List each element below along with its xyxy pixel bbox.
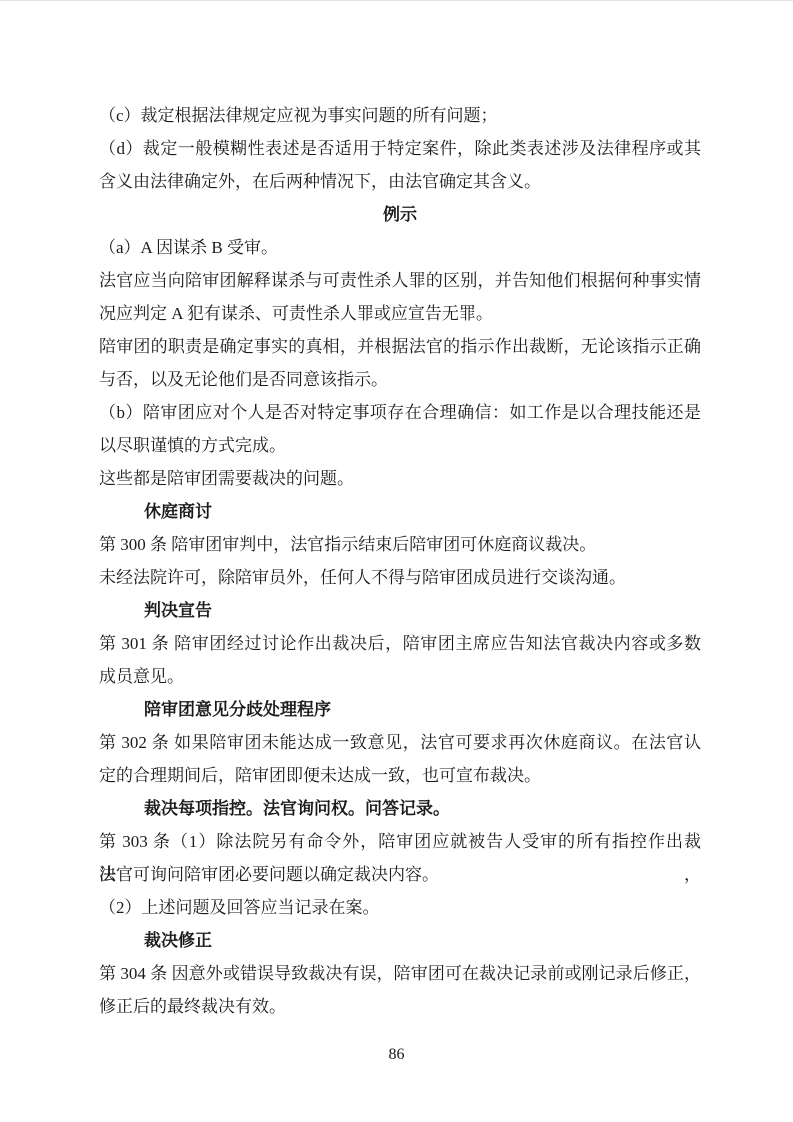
paragraph: 法官应当向陪审团解释谋杀与可责性杀人罪的区别，并告知他们根据何种事实情况应判定 … (99, 264, 701, 330)
section-heading: 判决宣告 (99, 594, 701, 627)
paragraph: 第 300 条 陪审团审判中，法官指示结束后陪审团可休庭商议裁决。 (99, 528, 701, 561)
paragraph: 陪审团的职责是确定事实的真相，并根据法官的指示作出裁断，无论该指示正确与否，以及… (99, 330, 701, 396)
paragraph: （c）裁定根据法律规定应视为事实问题的所有问题； (99, 99, 701, 132)
center-heading-line: 例示 (99, 198, 701, 231)
text-line: 第 301 条 陪审团经过讨论作出裁决后，陪审团主席应告知法官裁决内容或多数 (99, 627, 701, 660)
text-line: 含义由法律确定外，在后两种情况下，由法官确定其含义。 (99, 165, 701, 198)
text-line: 修正后的最终裁决有效。 (99, 990, 701, 1023)
text-line: 况应判定 A 犯有谋杀、可责性杀人罪或应宣告无罪。 (99, 297, 701, 330)
section-heading: 裁决修正 (99, 924, 701, 957)
section-heading-line: 裁决修正 (99, 924, 701, 957)
text-line: 第 300 条 陪审团审判中，法官指示结束后陪审团可休庭商议裁决。 (99, 528, 701, 561)
paragraph: （b）陪审团应对个人是否对特定事项存在合理确信：如工作是以合理技能还是以尽职谨慎… (99, 396, 701, 462)
section-heading-line: 判决宣告 (99, 594, 701, 627)
paragraph: 第 302 条 如果陪审团未能达成一致意见，法官可要求再次休庭商议。在法官认定的… (99, 726, 701, 792)
text-line: 第 303 条（1）除法院另有命令外，陪审团应就被告人受审的所有指控作出裁决， (99, 825, 701, 858)
text-line: 这些都是陪审团需要裁决的问题。 (99, 462, 701, 495)
text-line: （2）上述问题及回答应当记录在案。 (99, 891, 701, 924)
paragraph: 这些都是陪审团需要裁决的问题。 (99, 462, 701, 495)
paragraph: 第 301 条 陪审团经过讨论作出裁决后，陪审团主席应告知法官裁决内容或多数成员… (99, 627, 701, 693)
text-line: 成员意见。 (99, 660, 701, 693)
document-page: （c）裁定根据法律规定应视为事实问题的所有问题；（d）裁定一般模糊性表述是否适用… (0, 0, 793, 1122)
paragraph: （2）上述问题及回答应当记录在案。 (99, 891, 701, 924)
text-line: 以尽职谨慎的方式完成。 (99, 429, 701, 462)
page-number: 86 (389, 1046, 405, 1063)
text-line: 定的合理期间后，陪审团即便未达成一致，也可宣布裁决。 (99, 759, 701, 792)
center-heading: 例示 (99, 198, 701, 231)
section-heading-line: 休庭商讨 (99, 495, 701, 528)
paragraph: （d）裁定一般模糊性表述是否适用于特定案件，除此类表述涉及法律程序或其含义由法律… (99, 132, 701, 198)
section-heading: 休庭商讨 (99, 495, 701, 528)
text-line: 与否，以及无论他们是否同意该指示。 (99, 363, 701, 396)
document-body: （c）裁定根据法律规定应视为事实问题的所有问题；（d）裁定一般模糊性表述是否适用… (99, 99, 701, 1023)
text-line: 法官应当向陪审团解释谋杀与可责性杀人罪的区别，并告知他们根据何种事实情 (99, 264, 701, 297)
text-line: 未经法院许可，除陪审员外，任何人不得与陪审团成员进行交谈沟通。 (99, 561, 701, 594)
text-line: （b）陪审团应对个人是否对特定事项存在合理确信：如工作是以合理技能还是 (99, 396, 701, 429)
text-line: 第 304 条 因意外或错误导致裁决有误，陪审团可在裁决记录前或刚记录后修正， (99, 957, 701, 990)
section-heading: 裁决每项指控。法官询问权。问答记录。 (99, 792, 701, 825)
text-line: 第 302 条 如果陪审团未能达成一致意见，法官可要求再次休庭商议。在法官认 (99, 726, 701, 759)
section-heading-line: 裁决每项指控。法官询问权。问答记录。 (99, 792, 701, 825)
section-heading: 陪审团意见分歧处理程序 (99, 693, 701, 726)
page-footer: 86 (0, 1044, 793, 1066)
paragraph: 第 303 条（1）除法院另有命令外，陪审团应就被告人受审的所有指控作出裁决，法… (99, 825, 701, 891)
paragraph: 未经法院许可，除陪审员外，任何人不得与陪审团成员进行交谈沟通。 (99, 561, 701, 594)
text-line: 陪审团的职责是确定事实的真相，并根据法官的指示作出裁断，无论该指示正确 (99, 330, 701, 363)
text-line: （a）A 因谋杀 B 受审。 (99, 231, 701, 264)
text-line: （d）裁定一般模糊性表述是否适用于特定案件，除此类表述涉及法律程序或其 (99, 132, 701, 165)
paragraph: （a）A 因谋杀 B 受审。 (99, 231, 701, 264)
text-line: （c）裁定根据法律规定应视为事实问题的所有问题； (99, 99, 701, 132)
paragraph: 第 304 条 因意外或错误导致裁决有误，陪审团可在裁决记录前或刚记录后修正，修… (99, 957, 701, 1023)
section-heading-line: 陪审团意见分歧处理程序 (99, 693, 701, 726)
